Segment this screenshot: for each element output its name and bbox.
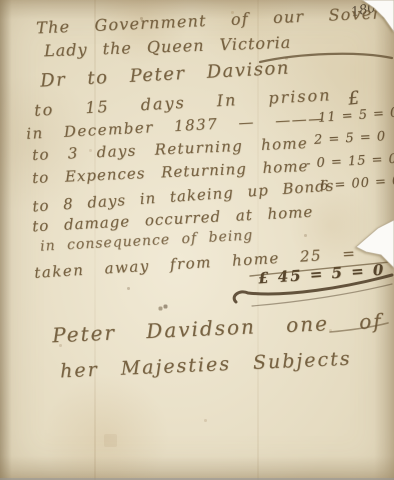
- ink-specks: [0, 0, 1, 1]
- scanned-manuscript: 180 The Government of our Sovereign Lady…: [0, 0, 394, 480]
- manuscript-page: 180 The Government of our Sovereign Lady…: [0, 0, 394, 480]
- ledger-entry-amount: £: [347, 87, 362, 109]
